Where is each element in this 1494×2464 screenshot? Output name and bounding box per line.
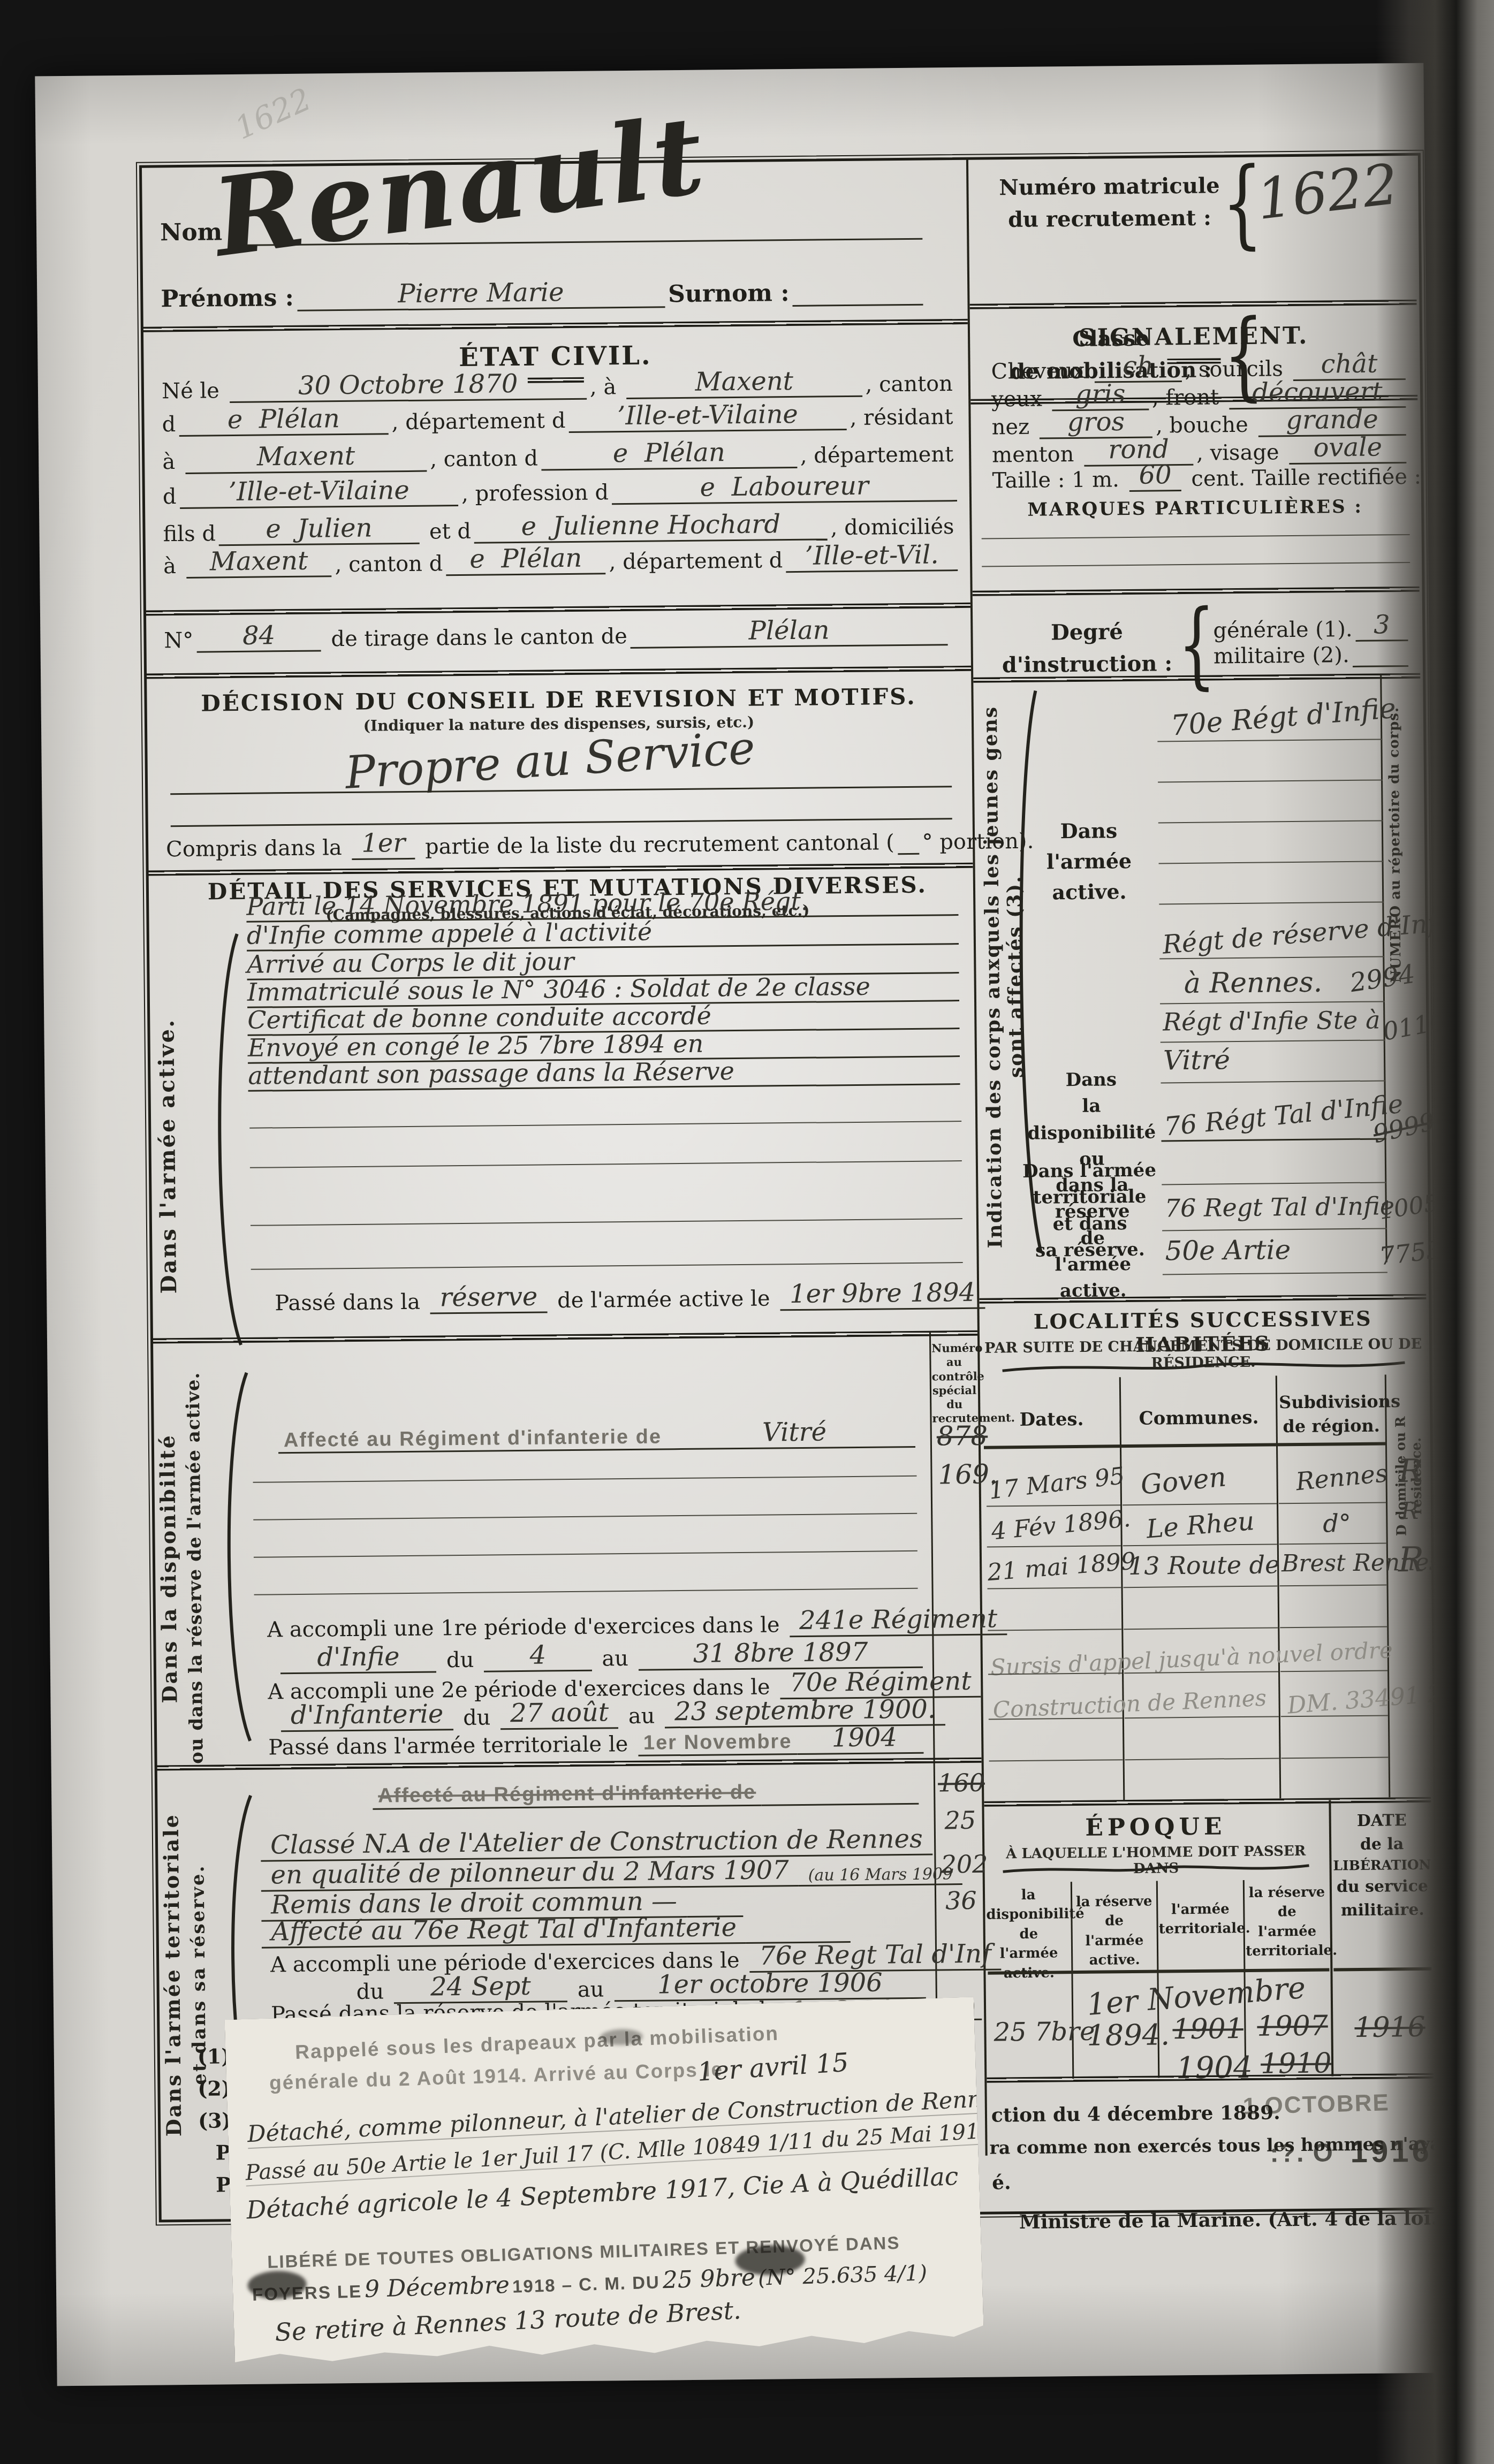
margin-number-4: 36	[945, 1886, 977, 1915]
scan-background: 1622 Renault Nom : Prénoms : Pierre Mari…	[0, 0, 1494, 2464]
surnom-label: Surnom :	[665, 280, 793, 308]
corps-terr-value-3: 50e Artie	[1165, 1234, 1291, 1266]
degre-label: Degré d'instruction :	[998, 615, 1176, 681]
printed-text: à	[160, 554, 186, 579]
handwritten-text: 241e Régiment	[790, 1604, 1007, 1637]
corner-pencil-number: 1622	[230, 81, 317, 147]
localites-header-subdivisions: Subdivisionsde région.	[1279, 1389, 1384, 1438]
handwritten-text: e Julienne Hochard	[474, 509, 828, 544]
printed-text: du	[436, 1648, 484, 1673]
printed-text: , canton	[862, 371, 956, 397]
printed-text: , résidant	[846, 405, 956, 430]
handwritten-text: e Julien	[219, 513, 420, 546]
handwritten-text: 1904	[797, 1723, 923, 1755]
epoque-value-territoriale-a: 1901	[1172, 2013, 1243, 2045]
corps-dispo-value-2: à Rennes.	[1184, 967, 1322, 1000]
printed-text: d	[158, 412, 179, 437]
printed-text: Taille : 1 m.	[989, 467, 1129, 493]
passe-territoriale-row: Passé dans l'armée territoriale le 1er N…	[265, 1723, 924, 1760]
note-arrive-value: 1er avril 15	[696, 2048, 850, 2087]
margin-number-1: 160	[938, 1768, 985, 1798]
printed-text: de tirage dans le canton de	[321, 624, 631, 652]
handwritten-text: ch	[1095, 351, 1182, 383]
localites-r3-commune: 13 Route de	[1128, 1550, 1280, 1580]
stamp-text: Affecté au Régiment d'infanterie de	[373, 1781, 762, 1810]
handwritten-text: ’Ille-et-Vilaine	[179, 475, 458, 509]
glued-paper-note: Rappelé sous les drapeaux par la mobilis…	[224, 1997, 984, 2372]
territoriale-line-struck: Affecté au Régiment d'infanterie de	[373, 1779, 919, 1809]
footnote-right-3: é.	[992, 2171, 1011, 2194]
handwritten-text: 4	[484, 1640, 592, 1672]
passe-reserve-row: Passé dans la réserve de l'armée active …	[271, 1278, 957, 1315]
printed-text: Né le	[158, 378, 230, 404]
stamp-text: Affecté au Régiment d'infanterie de	[278, 1425, 674, 1454]
corps-dispo-value-4: Vitré	[1163, 1044, 1230, 1076]
handwritten-text: (au 16 Mars 1909	[799, 1865, 963, 1887]
printed-text: , département d	[388, 408, 568, 435]
handwritten-text: ’Ille-et-Vilaine	[568, 399, 847, 433]
epoque-col2-header: la réservedel'armée active.	[1073, 1892, 1156, 1971]
handwritten-text: e Laboureur	[612, 470, 957, 505]
localites-r2-subdiv: d°	[1323, 1509, 1351, 1538]
handwritten-text: Plélan	[630, 614, 947, 649]
corps-terr-label: Dans l'arméeterritorialeet danssa réserv…	[1020, 1157, 1160, 1264]
epoque-col3-header: l'arméeterritoriale.	[1158, 1899, 1242, 1939]
printed-text: générale (1).	[1210, 617, 1356, 643]
disponibilite-side-label-2: ou dans la réserve de l'armée active.	[183, 1370, 208, 1766]
epoque-value-reserve-terr-a: 1907	[1257, 2010, 1328, 2043]
handwritten-text: 1er	[352, 828, 415, 860]
controle-column-header: Numéro au contrôle spécial du recrutemen…	[931, 1341, 977, 1426]
printed-text: à	[159, 450, 185, 474]
printed-text: partie de la liste du recrutement canton…	[415, 830, 898, 860]
corps-dispo-value-3: Régt d'Infie Ste à	[1163, 1006, 1381, 1037]
printed-text: , canton d	[427, 446, 541, 472]
territoriale-line: en qualité de pilonneur du 2 Mars 1907(a…	[261, 1854, 925, 1892]
note-stamp-cm: 1918 – C. M. DU	[512, 2272, 661, 2296]
printed-text: , département d	[605, 548, 786, 574]
printed-text: , canton d	[331, 551, 446, 577]
taille-row: Taille : 1 m. 60 cent. Taille rectifiée …	[989, 458, 1407, 493]
handwritten-text: e Plélan	[446, 543, 606, 576]
epoque-col4-header: la réservedel'arméeterritoriale.	[1245, 1883, 1329, 1961]
handwritten-text: e Plélan	[179, 404, 389, 437]
affecte-row: Affecté au Régiment d'infanterie de Vitr…	[278, 1417, 916, 1454]
stamp-text: 1er Novembre	[638, 1730, 798, 1757]
printed-text: , à	[587, 375, 626, 400]
printed-text: Passé dans l'armée territoriale le	[265, 1732, 638, 1760]
printed-text: et d	[419, 519, 474, 544]
handwritten-text: Maxent	[626, 366, 862, 399]
controle-value-1: 878	[937, 1420, 988, 1452]
handwritten-text: Maxent	[186, 546, 331, 579]
handwritten-text: ’Ille-et-Vil.	[786, 540, 958, 573]
printed-text: militaire (2).	[1210, 643, 1353, 669]
localites-header-dates: Dates.	[984, 1408, 1118, 1431]
margin-number-2: 25	[944, 1806, 976, 1835]
prenoms-value: Pierre Marie	[297, 277, 665, 311]
note-date-9-decembre: 9 Décembre	[364, 2271, 510, 2303]
note-stamp-rappele-2: générale du 2 Août 1914. Arrivé au Corps…	[269, 2058, 723, 2095]
handwritten-text: Vitré	[673, 1417, 915, 1450]
printed-text: Passé dans la	[271, 1290, 430, 1316]
territoriale-side-label-1: Dans l'armée territoriale	[158, 1804, 186, 2146]
signalement-title: SIGNALEMENT.	[970, 321, 1417, 353]
printed-text: N°	[161, 628, 196, 653]
printed-text: de l'armée active le	[547, 1286, 780, 1313]
handwritten-text: 30 Octobre 1870	[229, 369, 587, 404]
printed-text: Compris dans la	[163, 835, 352, 862]
handwritten-text: e Plélan	[541, 437, 797, 471]
epoque-col1-header: ladisponibilitédel'armée active.	[986, 1885, 1072, 1983]
footnote-marker-5: P	[216, 2172, 231, 2196]
footnote-right-1: ction du 4 décembre 1889.	[991, 2101, 1280, 2126]
handwritten-text: 31 8bre 1897	[638, 1637, 923, 1671]
handwritten-text: réserve	[430, 1282, 547, 1314]
services-side-label: Dans l'armée active.	[153, 958, 182, 1354]
blank-line	[898, 853, 919, 855]
handwritten-text: 27 août	[500, 1698, 619, 1730]
disponibilite-brace	[214, 1370, 255, 1745]
periode1-row-a: A accompli une 1re période d'exercices d…	[264, 1605, 923, 1642]
handwritten-text: Maxent	[185, 441, 427, 475]
handwritten-text: 1er 9bre 1894	[780, 1278, 985, 1311]
scanned-page: 1622 Renault Nom : Prénoms : Pierre Mari…	[35, 63, 1445, 2386]
printed-text: , domiciliés	[827, 514, 957, 540]
disponibilite-side-label-1: Dans la disponibilité	[155, 1402, 182, 1734]
corps-terr-value-2: 76 Regt Tal d'Infie	[1164, 1191, 1394, 1222]
epoque-title: ÉPOQUE	[984, 1812, 1327, 1843]
localites-header-communes: Communes.	[1124, 1406, 1273, 1429]
printed-text: d	[160, 484, 180, 509]
printed-text: fils d	[160, 521, 219, 546]
epoque-value-reserve-active: 1894.	[1087, 2018, 1170, 2052]
numero-matricule-label: Numéro matricule du recrutement :	[994, 170, 1225, 236]
corps-active-label: Dansl'armée active.	[1027, 815, 1151, 908]
marques-label: MARQUES PARTICULIÈRES :	[972, 496, 1419, 521]
prenoms-label: Prénoms :	[157, 284, 297, 313]
printed-text: , profession d	[458, 480, 612, 506]
printed-text: au	[591, 1646, 638, 1671]
services-brace	[204, 931, 245, 1349]
handwritten-text: 60	[1129, 460, 1181, 492]
book-gutter-shadow	[1376, 0, 1494, 2464]
printed-text: A accompli une 1re période d'exercices d…	[264, 1613, 790, 1642]
printed-text: , département	[797, 442, 957, 468]
handwritten-text: d'Infie	[280, 1641, 436, 1674]
handwritten-text: 84	[196, 620, 321, 652]
epoque-value-dispo: 25 7bre	[994, 2017, 1095, 2048]
